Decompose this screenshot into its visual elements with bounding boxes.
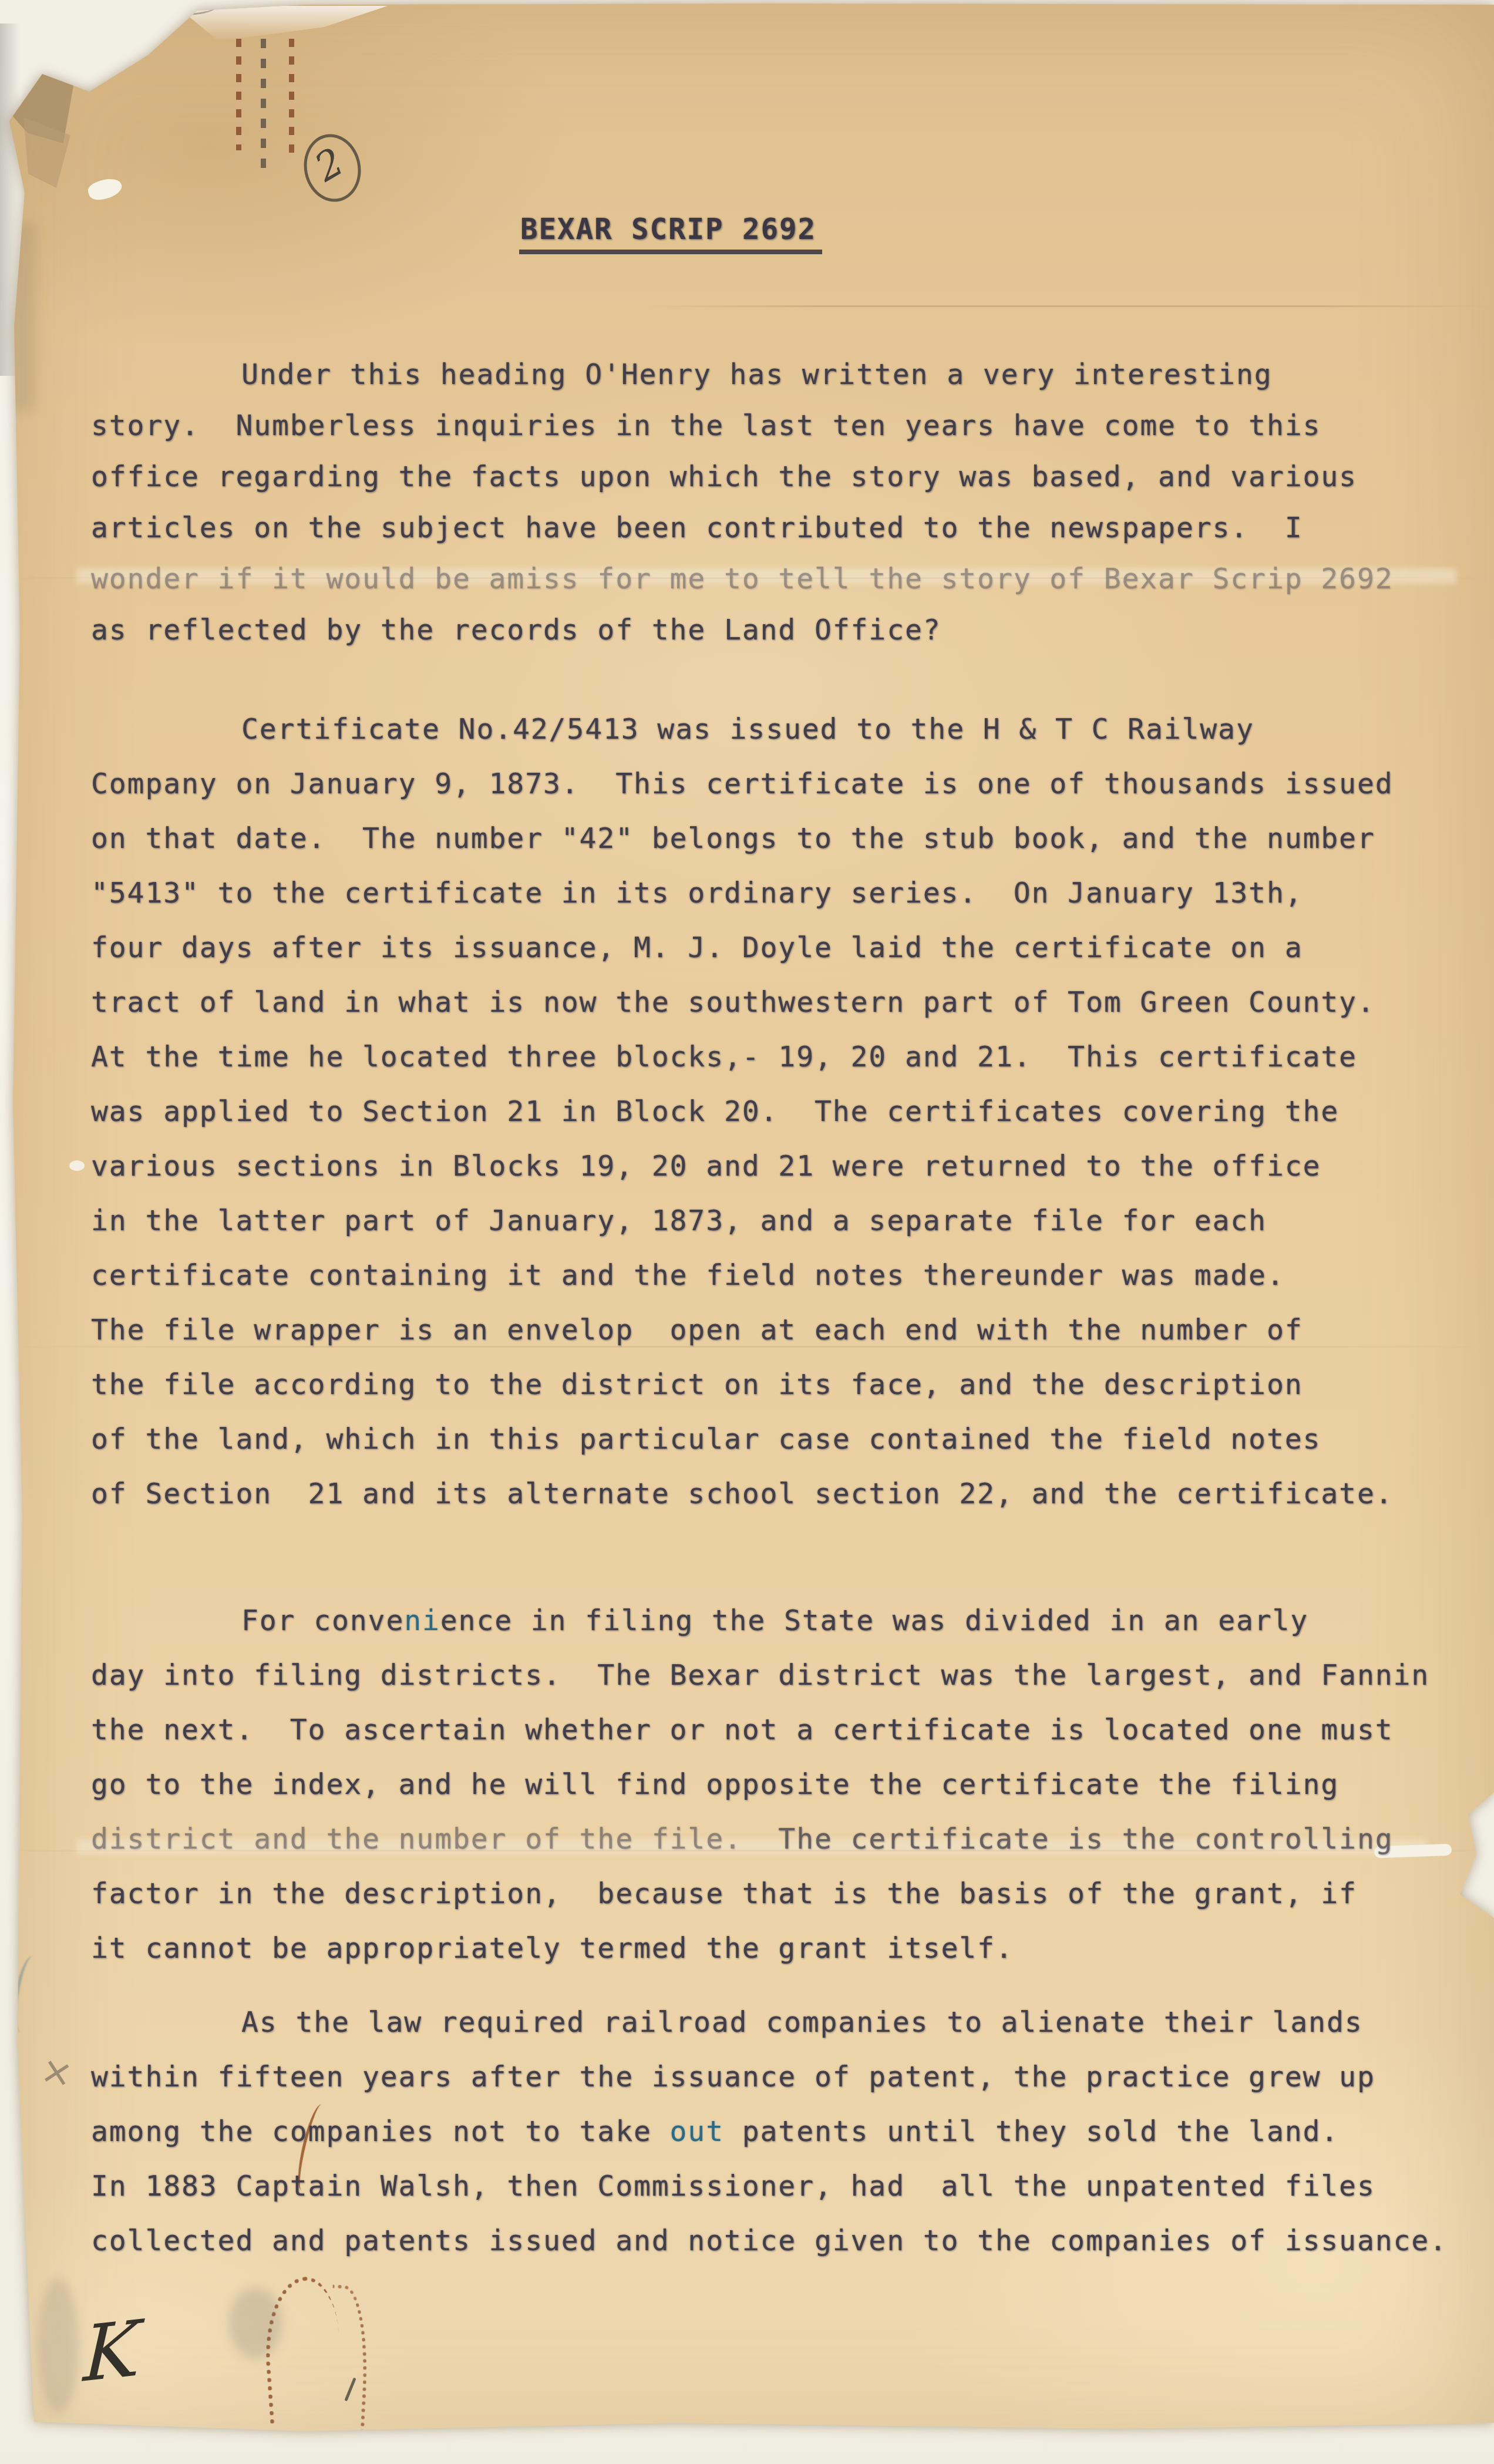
text-line: As the law required railroad companies t… <box>91 1995 1459 2050</box>
text-line: among the companies not to take out pate… <box>91 2105 1459 2159</box>
text-segment: office regarding the facts upon which th… <box>91 460 1357 493</box>
text-segment: patents until they sold the land. <box>724 2115 1339 2148</box>
text-line: of Section 21 and its alternate school s… <box>91 1467 1459 1522</box>
text-segment: of the land, which in this particular ca… <box>91 1423 1321 1456</box>
text-segment: At the time he located three blocks,- 19… <box>91 1041 1357 1073</box>
text-line: as reflected by the records of the Land … <box>91 605 1459 656</box>
text-line: articles on the subject have been contri… <box>91 503 1459 554</box>
text-line: it cannot be appropriately termed the gr… <box>91 1921 1459 1976</box>
text-line: on that date. The number "42" belongs to… <box>91 812 1459 866</box>
text-segment: on that date. The number "42" belongs to… <box>91 822 1375 855</box>
paragraph: Under this heading O'Henry has written a… <box>91 349 1459 656</box>
text-line: district and the number of the file. The… <box>91 1812 1459 1867</box>
text-line: Certificate No.42/5413 was issued to the… <box>91 702 1459 757</box>
text-line: was applied to Section 21 in Block 20. T… <box>91 1085 1459 1139</box>
text-segment: collected and patents issued and notice … <box>91 2224 1448 2257</box>
text-segment: As the law required railroad companies t… <box>241 2006 1363 2039</box>
text-segment-fade-mid: district and the number of the file. <box>91 1823 778 1856</box>
text-segment: tract of land in what is now the southwe… <box>91 986 1375 1019</box>
text-line: within fifteen years after the issuance … <box>91 2050 1459 2105</box>
text-line: certificate containing it and the field … <box>91 1248 1459 1303</box>
paragraph: As the law required railroad companies t… <box>91 1995 1459 2268</box>
text-line: For convenience in filing the State was … <box>91 1594 1459 1648</box>
text-segment: was applied to Section 21 in Block 20. T… <box>91 1095 1339 1128</box>
text-segment: Certificate No.42/5413 was issued to the… <box>241 713 1254 746</box>
text-segment: as reflected by the records of the Land … <box>91 614 941 647</box>
text-line: The file wrapper is an envelop open at e… <box>91 1303 1459 1358</box>
text-segment: The file wrapper is an envelop open at e… <box>91 1314 1303 1347</box>
text-line: day into filing districts. The Bexar dis… <box>91 1648 1459 1703</box>
text-segment: it cannot be appropriately termed the gr… <box>91 1932 1014 1965</box>
text-segment: go to the index, and he will find opposi… <box>91 1768 1339 1801</box>
text-segment-fade-light: The certificate is the controlling <box>778 1823 1393 1856</box>
text-line: in the latter part of January, 1873, and… <box>91 1194 1459 1248</box>
text-segment: among the companies not to take <box>91 2115 670 2148</box>
typewritten-text: Under this heading O'Henry has written a… <box>0 0 1494 2464</box>
text-segment: the next. To ascertain whether or not a … <box>91 1714 1394 1746</box>
text-line: Under this heading O'Henry has written a… <box>91 349 1459 400</box>
text-line: "5413" to the certificate in its ordinar… <box>91 866 1459 921</box>
text-line: the file according to the district on it… <box>91 1358 1459 1412</box>
text-line: collected and patents issued and notice … <box>91 2214 1459 2268</box>
text-line: of the land, which in this particular ca… <box>91 1412 1459 1467</box>
text-segment: factor in the description, because that … <box>91 1877 1357 1910</box>
text-segment: Under this heading O'Henry has written a… <box>241 358 1273 391</box>
paragraph: For convenience in filing the State was … <box>91 1594 1459 1976</box>
text-segment: day into filing districts. The Bexar dis… <box>91 1659 1429 1692</box>
text-segment: within fifteen years after the issuance … <box>91 2061 1375 2093</box>
text-line: various sections in Blocks 19, 20 and 21… <box>91 1139 1459 1194</box>
text-line: Company on January 9, 1873. This certifi… <box>91 757 1459 812</box>
text-segment: the file according to the district on it… <box>91 1368 1303 1401</box>
text-segment: articles on the subject have been contri… <box>91 511 1303 544</box>
text-line: office regarding the facts upon which th… <box>91 452 1459 503</box>
text-segment-ink-blue: out <box>670 2115 724 2148</box>
paragraph: Certificate No.42/5413 was issued to the… <box>91 702 1459 1522</box>
text-line: go to the index, and he will find opposi… <box>91 1758 1459 1812</box>
text-segment: four days after its issuance, M. J. Doyl… <box>91 931 1303 964</box>
paper-sheet-wrap: × 2 BEXAR SCRIP 2692 Under this heading … <box>0 0 1494 2464</box>
text-segment: wonder if it would be amiss for me to te… <box>91 563 1394 595</box>
text-segment: various sections in Blocks 19, 20 and 21… <box>91 1150 1321 1183</box>
text-line: story. Numberless inquiries in the last … <box>91 400 1459 452</box>
text-segment: "5413" to the certificate in its ordinar… <box>91 877 1303 910</box>
text-segment-ink-blue: ni <box>404 1604 440 1637</box>
text-segment: certificate containing it and the field … <box>91 1259 1285 1292</box>
text-line: the next. To ascertain whether or not a … <box>91 1703 1459 1758</box>
text-line: factor in the description, because that … <box>91 1867 1459 1921</box>
text-segment: ence in filing the State was divided in … <box>440 1604 1308 1637</box>
text-line: tract of land in what is now the southwe… <box>91 975 1459 1030</box>
handwritten-k-mark: K <box>82 2303 142 2399</box>
text-line: In 1883 Captain Walsh, then Commissioner… <box>91 2159 1459 2214</box>
text-segment: Company on January 9, 1873. This certifi… <box>91 768 1394 800</box>
text-line: four days after its issuance, M. J. Doyl… <box>91 921 1459 975</box>
text-segment: For conve <box>241 1604 404 1637</box>
text-segment: story. Numberless inquiries in the last … <box>91 409 1321 442</box>
text-line: wonder if it would be amiss for me to te… <box>91 554 1459 605</box>
paper-sheet: × 2 BEXAR SCRIP 2692 Under this heading … <box>0 0 1494 2464</box>
text-segment: In 1883 Captain Walsh, then Commissioner… <box>91 2170 1375 2203</box>
text-line: At the time he located three blocks,- 19… <box>91 1030 1459 1085</box>
text-segment: in the latter part of January, 1873, and… <box>91 1204 1267 1237</box>
text-segment: of Section 21 and its alternate school s… <box>91 1477 1394 1510</box>
scanned-document-screenshot: { "colors": { "paper": "#e9cd9f", "paper… <box>0 0 1494 2464</box>
